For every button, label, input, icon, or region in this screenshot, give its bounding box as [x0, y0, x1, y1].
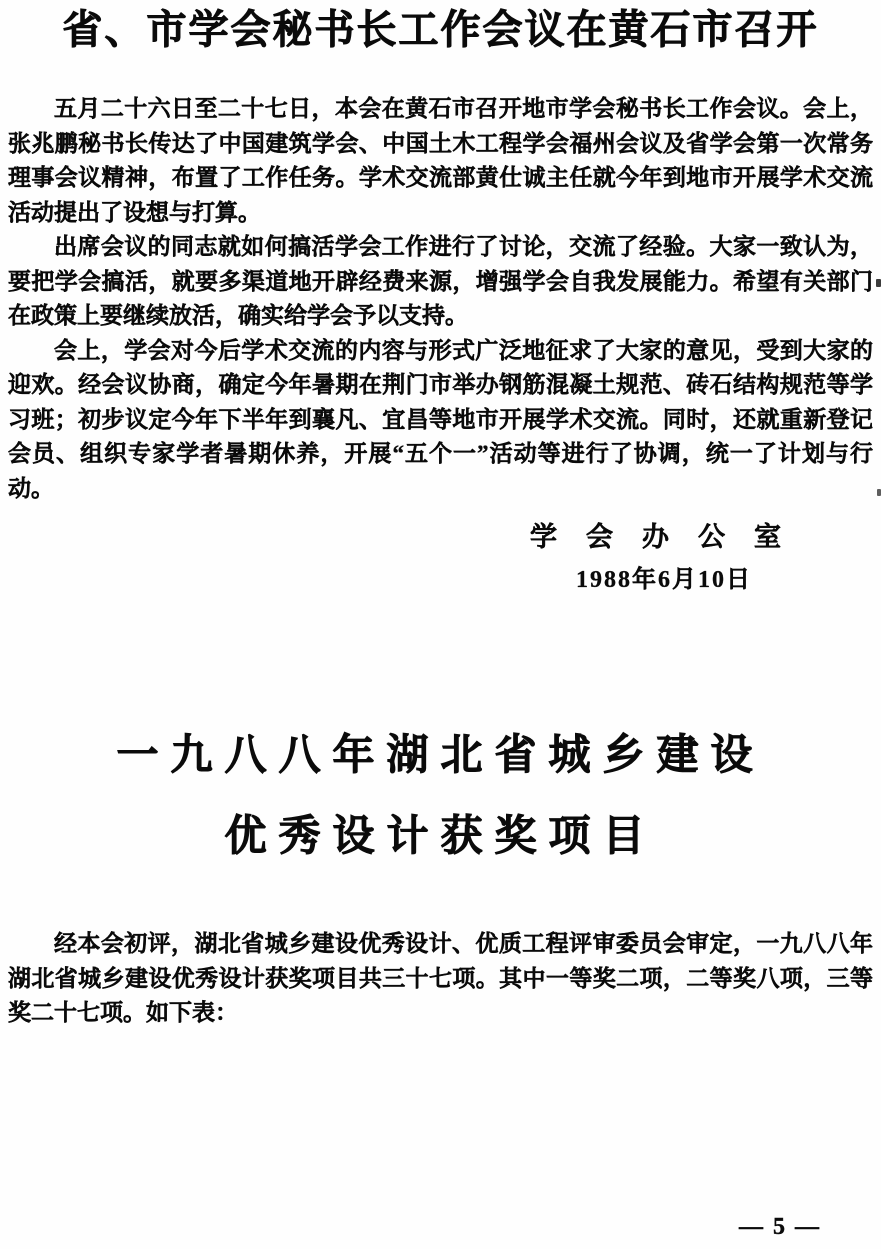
article2-body: 经本会初评，湖北省城乡建设优秀设计、优质工程评审委员会审定，一九八八年湖北省城乡…	[8, 927, 873, 1031]
article1-title: 省、市学会秘书长工作会议在黄石市召开	[0, 0, 881, 54]
signature-date: 1988年6月10日	[576, 566, 881, 594]
scan-ink-speck	[876, 279, 881, 287]
article2-title-line1: 一九八八年湖北省城乡建设	[0, 732, 881, 780]
scanned-document-page: 省、市学会秘书长工作会议在黄石市召开 五月二十六日至二十七日，本会在黄石市召开地…	[0, 0, 881, 1249]
page-number: — 5 —	[739, 1214, 821, 1241]
article1-paragraph-2: 出席会议的同志就如何搞活学会工作进行了讨论，交流了经验。大家一致认为，要把学会搞…	[8, 230, 873, 334]
article1-paragraph-3: 会上，学会对今后学术交流的内容与形式广泛地征求了大家的意见，受到大家的迎欢。经会…	[8, 334, 873, 507]
article1-body: 五月二十六日至二十七日，本会在黄石市召开地市学会秘书长工作会议。会上，张兆鹏秘书…	[8, 92, 873, 506]
article2-paragraph-1: 经本会初评，湖北省城乡建设优秀设计、优质工程评审委员会审定，一九八八年湖北省城乡…	[8, 927, 873, 1031]
article1-paragraph-1: 五月二十六日至二十七日，本会在黄石市召开地市学会秘书长工作会议。会上，张兆鹏秘书…	[8, 92, 873, 230]
scan-ink-speck	[877, 489, 881, 496]
signature-office: 学 会 办 公 室	[530, 522, 881, 552]
article2-title-line2: 优秀设计获奖项目	[0, 813, 881, 861]
